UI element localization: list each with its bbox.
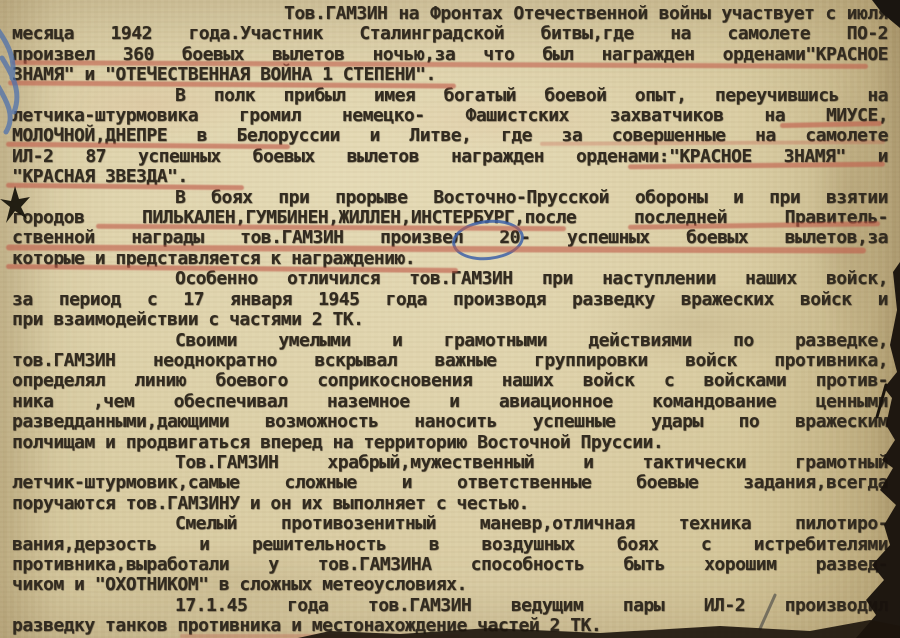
text-line: Особенно отличился тов.ГАМЗИН при наступ… (12, 269, 888, 289)
text-line: тов.ГАМЗИН неоднократно вскрывал важные … (12, 351, 888, 371)
document-scan-page: Тов.ГАМЗИН на Фронтах Отечественной войн… (0, 0, 900, 638)
text-line: В полк прибыл имея богатый боевой опыт, … (12, 86, 888, 106)
text-line: чиком и "ОХОТНИКОМ" в сложных метеоуслов… (12, 575, 888, 595)
text-line: "КРАСНАЯ ЗВЕЗДА". (12, 167, 888, 187)
text-line: которые и представляется к награждению. (12, 249, 888, 269)
text-line: за период с 17 января 1945 года производ… (12, 290, 888, 310)
text-line: городов ПИЛЬКАЛЕН,ГУМБИНЕН,ЖИЛЛЕН,ИНСТЕР… (12, 208, 888, 228)
text-line: поручаются тов.ГАМЗИНУ и он их выполняет… (12, 494, 888, 514)
text-column: Тов.ГАМЗИН на Фронтах Отечественной войн… (12, 4, 888, 637)
text-line: месяца 1942 года.Участник Сталинградской… (12, 24, 888, 44)
text-line: при взаимодействии с частями 2 ТК. (12, 310, 888, 330)
text-line: ника ,чем обеспечивал наземное и авиацио… (12, 392, 888, 412)
text-line: определял линию боевого соприкосновения … (12, 371, 888, 391)
text-line: противника,выработали у тов.ГАМЗИНА спос… (12, 555, 888, 575)
text-line: ИЛ-2 87 успешных боевых вылетов награжде… (12, 147, 888, 167)
text-line: полчищам и продвигаться вперед на террит… (12, 433, 888, 453)
text-line: МОЛОЧНОЙ,ДНЕПРЕ в Белоруссии и Литве, гд… (12, 126, 888, 146)
text-line: произвел 360 боевых вылетов ночью,за что… (12, 45, 888, 65)
text-line: ственной награды тов.ГАМЗИН произвел 20-… (12, 228, 888, 248)
text-line: Тов.ГАМЗИН храбрый,мужественный и тактич… (12, 453, 888, 473)
text-line: 17.1.45 года тов.ГАМЗИН ведущим пары ИЛ-… (12, 596, 888, 616)
text-line: разведданными,дающими возможность наноси… (12, 412, 888, 432)
text-line: летчик-штурмовик,самые сложные и ответст… (12, 473, 888, 493)
text-line: разведку танков противника и местонахожд… (12, 616, 888, 636)
text-line: Своими умелыми и грамотными действиями п… (12, 331, 888, 351)
text-line: ЗНАМЯ" и "ОТЕЧЕСТВЕННАЯ ВОЙНА 1 СТЕПЕНИ"… (12, 65, 888, 85)
text-line: летчика-штурмовика громил немецко- Фашис… (12, 106, 888, 126)
text-line: Смелый противозенитный маневр,отличная т… (12, 514, 888, 534)
text-line: В боях при прорыве Восточно-Прусской обо… (12, 188, 888, 208)
text-line: вания,дерзость и решительность в воздушн… (12, 535, 888, 555)
text-line: Тов.ГАМЗИН на Фронтах Отечественной войн… (12, 4, 888, 24)
